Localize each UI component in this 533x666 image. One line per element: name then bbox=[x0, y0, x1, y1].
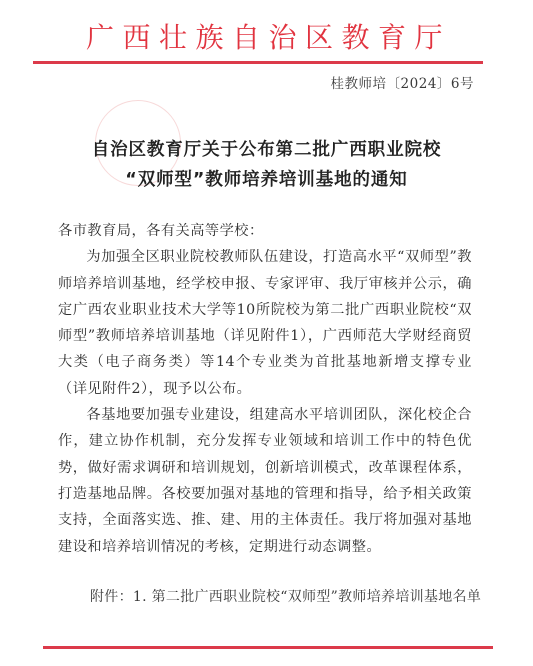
bottom-red-divider bbox=[43, 646, 493, 649]
issuer-masthead: 广西壮族自治区教育厅 bbox=[0, 20, 533, 56]
salutation: 各市教育局，各有关高等学校： bbox=[58, 218, 472, 244]
document-title-line-2: “双师型”教师培养培训基地的通知 bbox=[0, 168, 533, 192]
top-red-divider bbox=[33, 61, 483, 64]
body-paragraph-1: 为加强全区职业院校教师队伍建设，打造高水平“双师型”教师培养培训基地，经学校申报… bbox=[58, 244, 472, 402]
document-number: 桂教师培〔2024〕6号 bbox=[331, 75, 474, 93]
document-body: 各市教育局，各有关高等学校： 为加强全区职业院校教师队伍建设，打造高水平“双师型… bbox=[58, 218, 472, 560]
attachment-list-item-1: 附件：1. 第二批广西职业院校“双师型”教师培养培训基地名单 bbox=[90, 587, 481, 607]
body-paragraph-2: 各基地要加强专业建设，组建高水平培训团队，深化校企合作，建立协作机制，充分发挥专… bbox=[58, 402, 472, 560]
document-title-line-1: 自治区教育厅关于公布第二批广西职业院校 bbox=[0, 138, 533, 162]
